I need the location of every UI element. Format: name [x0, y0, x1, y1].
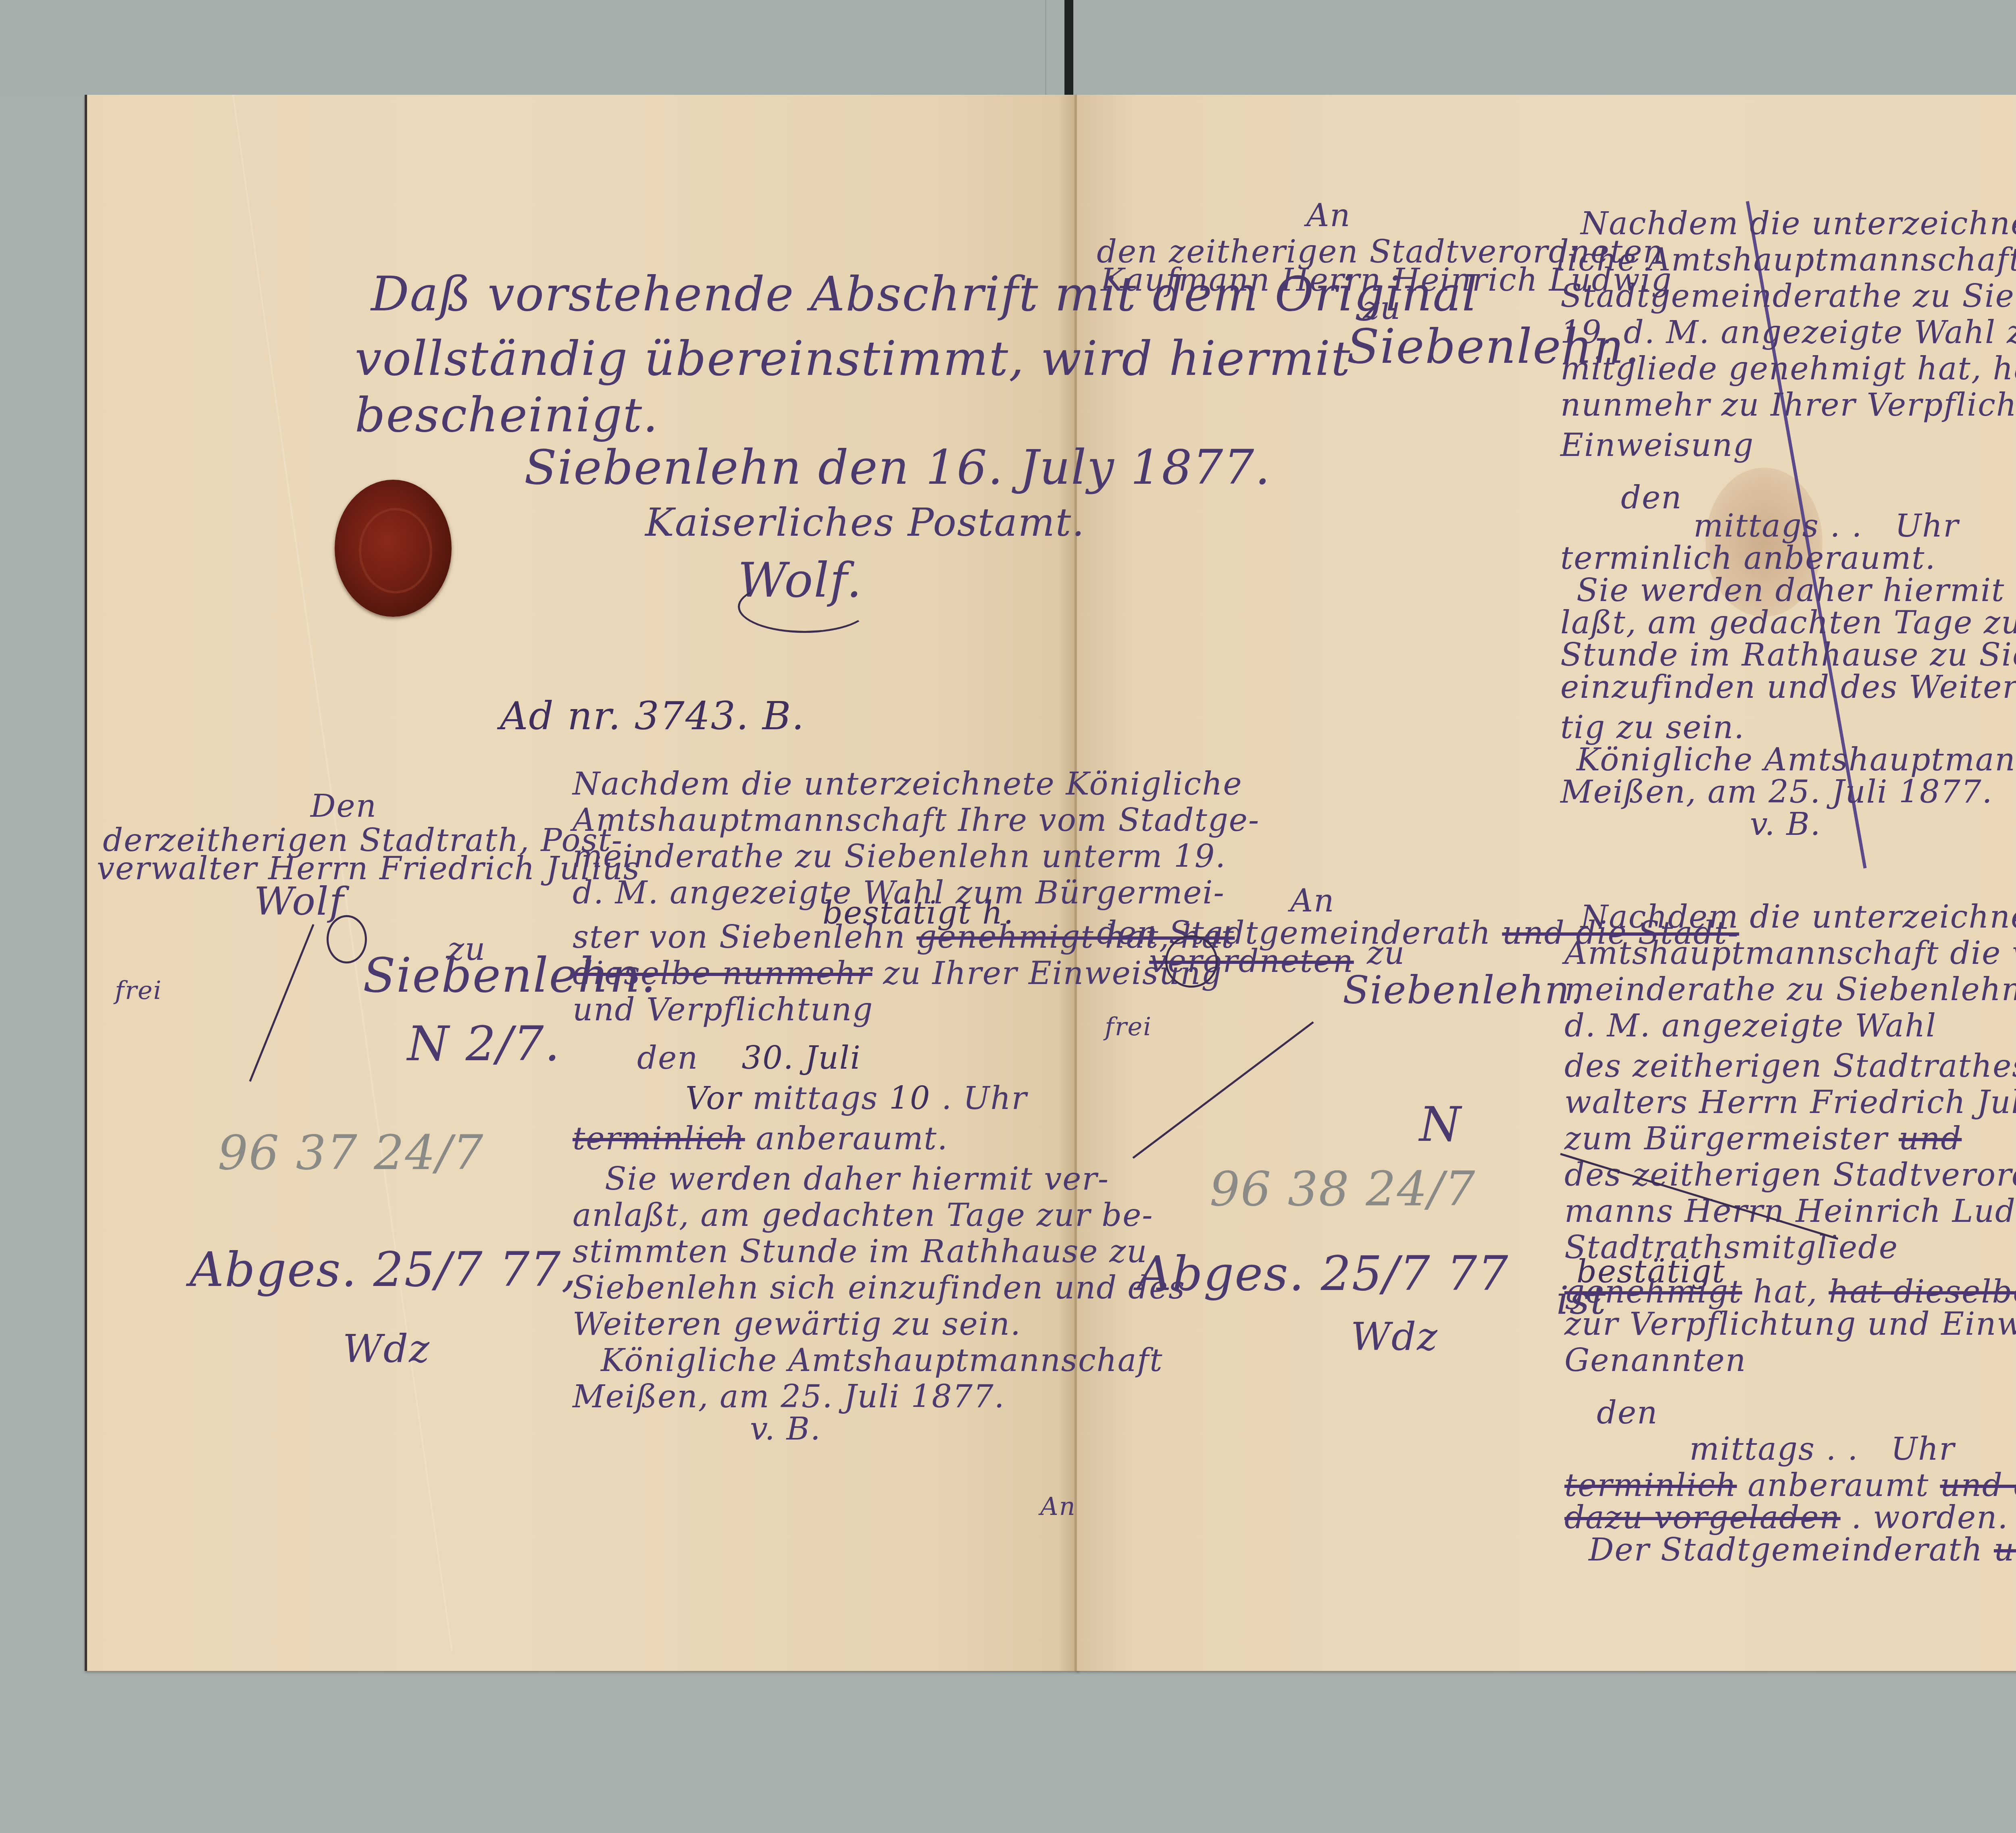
address-line-2: verwalter Herrn Friedrich Julius [97, 851, 640, 887]
frei-mark: frei [1105, 1012, 1152, 1041]
body-line-2: Amtshauptmannschaft Ihre vom Stadtge- [573, 802, 1260, 838]
body-line-16: Der Stadtgemeinderath und die [1589, 1532, 2016, 1568]
time-prefix: Vor [685, 1080, 741, 1117]
body-line-1: Nachdem die unterzeichnete König- [1581, 206, 2016, 242]
body-line-7-plain: zum Bürgermeister [1564, 1121, 1888, 1157]
cert-office: Kaiserliches Postamt. [645, 500, 1085, 545]
body-line-16-plain: Der Stadtgemeinderath [1589, 1532, 1983, 1568]
check-loop [1165, 935, 1218, 988]
body-line-8-struck: terminlich [573, 1121, 745, 1157]
body-line-1: Nachdem die unterzeichnete Königliche [1581, 899, 2016, 935]
body-line-7-struck: und [1899, 1121, 1962, 1157]
sign-place-date: Meißen, am 25. Juli 1877. [573, 1379, 1005, 1415]
time-value: 10 [889, 1080, 931, 1117]
scan-background [0, 0, 2016, 97]
background-edge [1045, 0, 1046, 97]
sign-initials: v. B. [750, 1411, 821, 1447]
body-line-8-plain: anberaumt. [756, 1121, 948, 1157]
sign-office: Königliche Amtshauptmannschaft [601, 1342, 1163, 1379]
date-label: den [1621, 480, 1682, 516]
body-line-8: terminlich anberaumt. [1560, 540, 1936, 576]
time-label: mittags [1689, 1431, 1815, 1467]
sent-note: Abges. 25/7 77 [1137, 1246, 1509, 1301]
time-suffix: Uhr [1891, 1431, 1955, 1467]
body-line-6: dieselbe nunmehr zu Ihrer Einweisung [573, 955, 1222, 992]
address-zu: zu [1367, 935, 1405, 972]
body-line-13: Weiteren gewärtig zu sein. [573, 1306, 1021, 1342]
date-label: den [1597, 1395, 1658, 1431]
reference-number: Ad nr. 3743. B. [500, 693, 805, 739]
address-to: An [1290, 883, 1335, 919]
frei-mark: frei [115, 976, 162, 1005]
time-row: mittags . . Uhr [1693, 508, 1959, 544]
body-line-14: terminlich anberaumt und dieselben [1564, 1467, 2016, 1504]
time-suffix: Uhr [963, 1080, 1027, 1117]
body-line-12: Siebenlehn sich einzufinden und des [573, 1270, 1185, 1306]
body-line-3: Stadtgemeinderathe zu Siebenlehn unterm [1560, 278, 2016, 314]
body-line-8: terminlich anberaumt. [573, 1121, 948, 1157]
body-line-2: liche Amtshauptmannschaft Ihre vom [1556, 242, 2016, 278]
body-line-15-struck: dazu vorgeladen [1564, 1500, 1841, 1536]
sent-note: Abges. 25/7 77, [190, 1242, 577, 1297]
body-line-16-struck: und die [1994, 1532, 2016, 1568]
time-label: mittags [752, 1080, 878, 1117]
date-row: den 30. Juli [637, 1040, 861, 1076]
body-line-6: walters Herrn Friedrich Julius Wolf [1564, 1084, 2016, 1121]
body-line-9: Sie werden daher hiermit veran- [1577, 572, 2016, 609]
initials-mark: Wdz [1351, 1314, 1438, 1359]
body-line-11-plain: hat, [1753, 1274, 1818, 1310]
body-line-1: Nachdem die unterzeichnete Königliche [573, 766, 1243, 802]
address-name: Wolf [254, 879, 344, 924]
body-line-3: meinderathe zu Siebenlehn unterm 19. [573, 838, 1226, 875]
body-line-10: laßt, am gedachten Tage zur bestimmten [1560, 605, 2016, 641]
body-line-14-struck: terminlich [1564, 1467, 1737, 1504]
body-line-15: dazu vorgeladen . worden. [1564, 1500, 2008, 1536]
initials-mark: Wdz [343, 1326, 430, 1371]
background-black-strip [1064, 0, 1073, 101]
body-line-11: stimmten Stunde im Rathhause zu [573, 1234, 1148, 1270]
time-row: mittags . . Uhr [1689, 1431, 1955, 1467]
body-line-5-plain: ster von Siebenlehn [573, 919, 906, 955]
body-line-15-plain: . worden. [1851, 1500, 2009, 1536]
body-line-11: Stunde im Rathhause zu Siebenlehn sich [1560, 637, 2016, 673]
body-line-6-struck: dieselbe nunmehr [573, 955, 872, 992]
body-line-11-struck-2: hat dieselbe nunmehr [1829, 1274, 2016, 1310]
body-line-4: 19. d. M. angezeigte Wahl zum Raths- [1560, 314, 2016, 351]
sign-initials: v. B. [1750, 806, 1821, 843]
body-line-9: Sie werden daher hiermit ver- [605, 1161, 1109, 1197]
time-row: Vor mittags 10 . Uhr [685, 1080, 1027, 1117]
body-line-4: d. M. angezeigte Wahl [1564, 1008, 1937, 1044]
date-value: 30. Juli [742, 1040, 861, 1076]
body-line-7: und Verpflichtung [573, 992, 873, 1028]
cert-line-3: bescheinigt. [355, 387, 659, 443]
date-label: den [637, 1040, 698, 1076]
body-line-14-struck-2: und dieselben [1940, 1467, 2016, 1504]
body-line-11-struck: genehmigt [1564, 1274, 1742, 1310]
notation-mark: N 2/7. [407, 1016, 560, 1072]
cert-place-date: Siebenlehn den 16. July 1877. [524, 439, 1271, 495]
address-place: Siebenlehn. [1343, 967, 1583, 1013]
body-line-2: Amtshauptmannschaft die vom Stadtge- [1564, 935, 2016, 972]
signature-flourish [738, 580, 871, 633]
body-line-12: zur Verpflichtung und Einweisung der [1564, 1306, 2016, 1342]
body-line-13: Genannten [1564, 1342, 1746, 1379]
cert-line-2: vollständig übereinstimmt, wird hiermit [355, 331, 1351, 386]
body-line-6: nunmehr zu Ihrer Verpflichtung und [1560, 387, 2016, 423]
pencil-archive-number: 96 37 24/7 [218, 1125, 484, 1180]
body-line-10: anlaßt, am gedachten Tage zur be- [573, 1197, 1154, 1234]
time-label: mittags [1693, 508, 1819, 544]
notation-mark: N [1419, 1096, 1462, 1152]
sign-office: Königliche Amtshauptmannschaft [1577, 742, 2016, 778]
body-line-13: tig zu sein. [1560, 709, 1745, 746]
body-line-3: meinderathe zu Siebenlehn unterm 19. [1564, 972, 2016, 1008]
time-suffix: Uhr [1895, 508, 1959, 544]
body-line-14-plain: anberaumt [1748, 1467, 1929, 1504]
body-line-7: zum Bürgermeister und [1564, 1121, 1962, 1157]
check-loop [327, 915, 367, 963]
seal-crest-icon [359, 508, 432, 593]
pencil-archive-number: 96 38 24/7 [1210, 1161, 1476, 1217]
body-line-11: genehmigt hat, hat dieselbe nunmehr [1564, 1274, 2016, 1310]
body-line-5: mitgliede genehmigt hat, hat dieselbe [1560, 351, 2016, 387]
body-line-5: des zeitherigen Stadtrathes, Postver- [1564, 1048, 2016, 1084]
address-to: Den [310, 788, 377, 824]
body-line-7: Einweisung [1560, 427, 1754, 464]
body-line-12: einzufinden und des Weiteren gewär- [1560, 669, 2016, 705]
catchword: An [1040, 1492, 1076, 1521]
wax-seal [335, 480, 452, 617]
address-to: An [1306, 198, 1351, 234]
sign-place-date: Meißen, am 25. Juli 1877. [1560, 774, 1993, 810]
